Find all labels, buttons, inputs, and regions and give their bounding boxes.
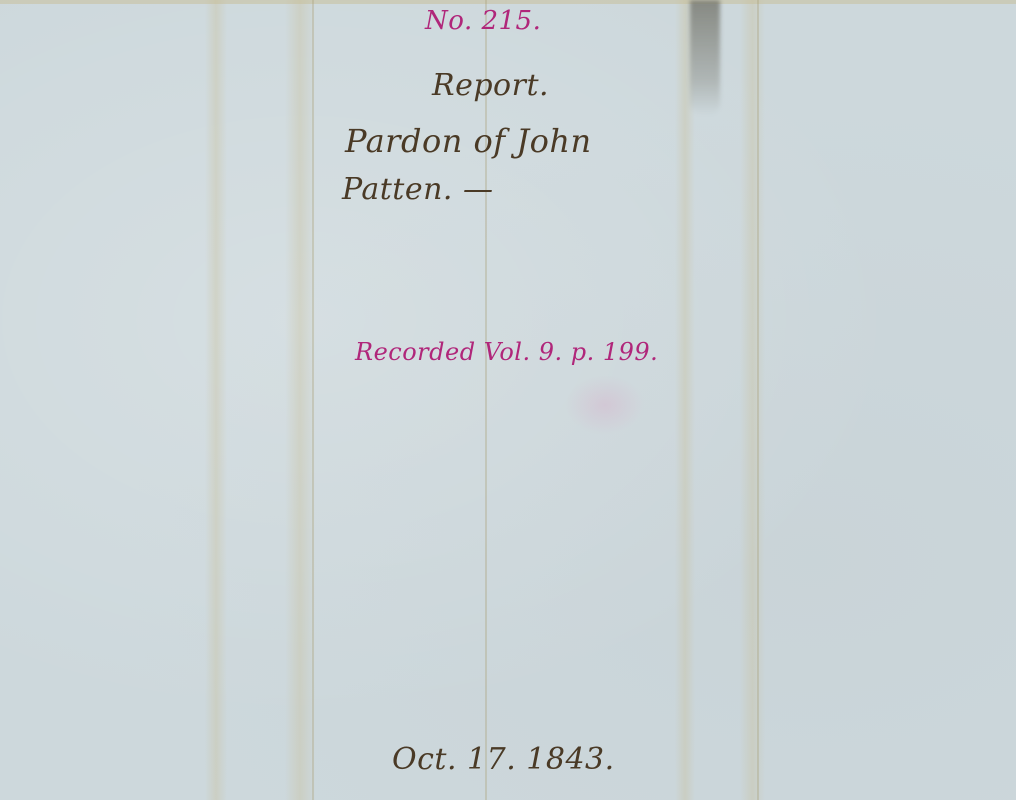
- fold-crease: [675, 0, 695, 800]
- fold-line: [485, 0, 487, 800]
- paper-top-edge: [0, 0, 1016, 4]
- recorded-note: Recorded Vol. 9. p. 199.: [355, 338, 658, 366]
- docket-subject-line-1: Pardon of John: [345, 122, 592, 160]
- fold-line: [757, 0, 759, 800]
- fold-crease: [285, 0, 315, 800]
- docket-subject-line-2: Patten. —: [342, 172, 493, 207]
- ink-blot: [565, 375, 645, 435]
- fold-line: [312, 0, 314, 800]
- docket-date: Oct. 17. 1843.: [392, 742, 615, 777]
- fold-crease: [205, 0, 227, 800]
- docket-title: Report.: [432, 68, 549, 103]
- fold-crease: [740, 0, 765, 800]
- ink-stain: [690, 0, 720, 115]
- document-page: No. 215. Report. Pardon of John Patten. …: [0, 0, 1016, 800]
- docket-number: No. 215.: [425, 6, 541, 36]
